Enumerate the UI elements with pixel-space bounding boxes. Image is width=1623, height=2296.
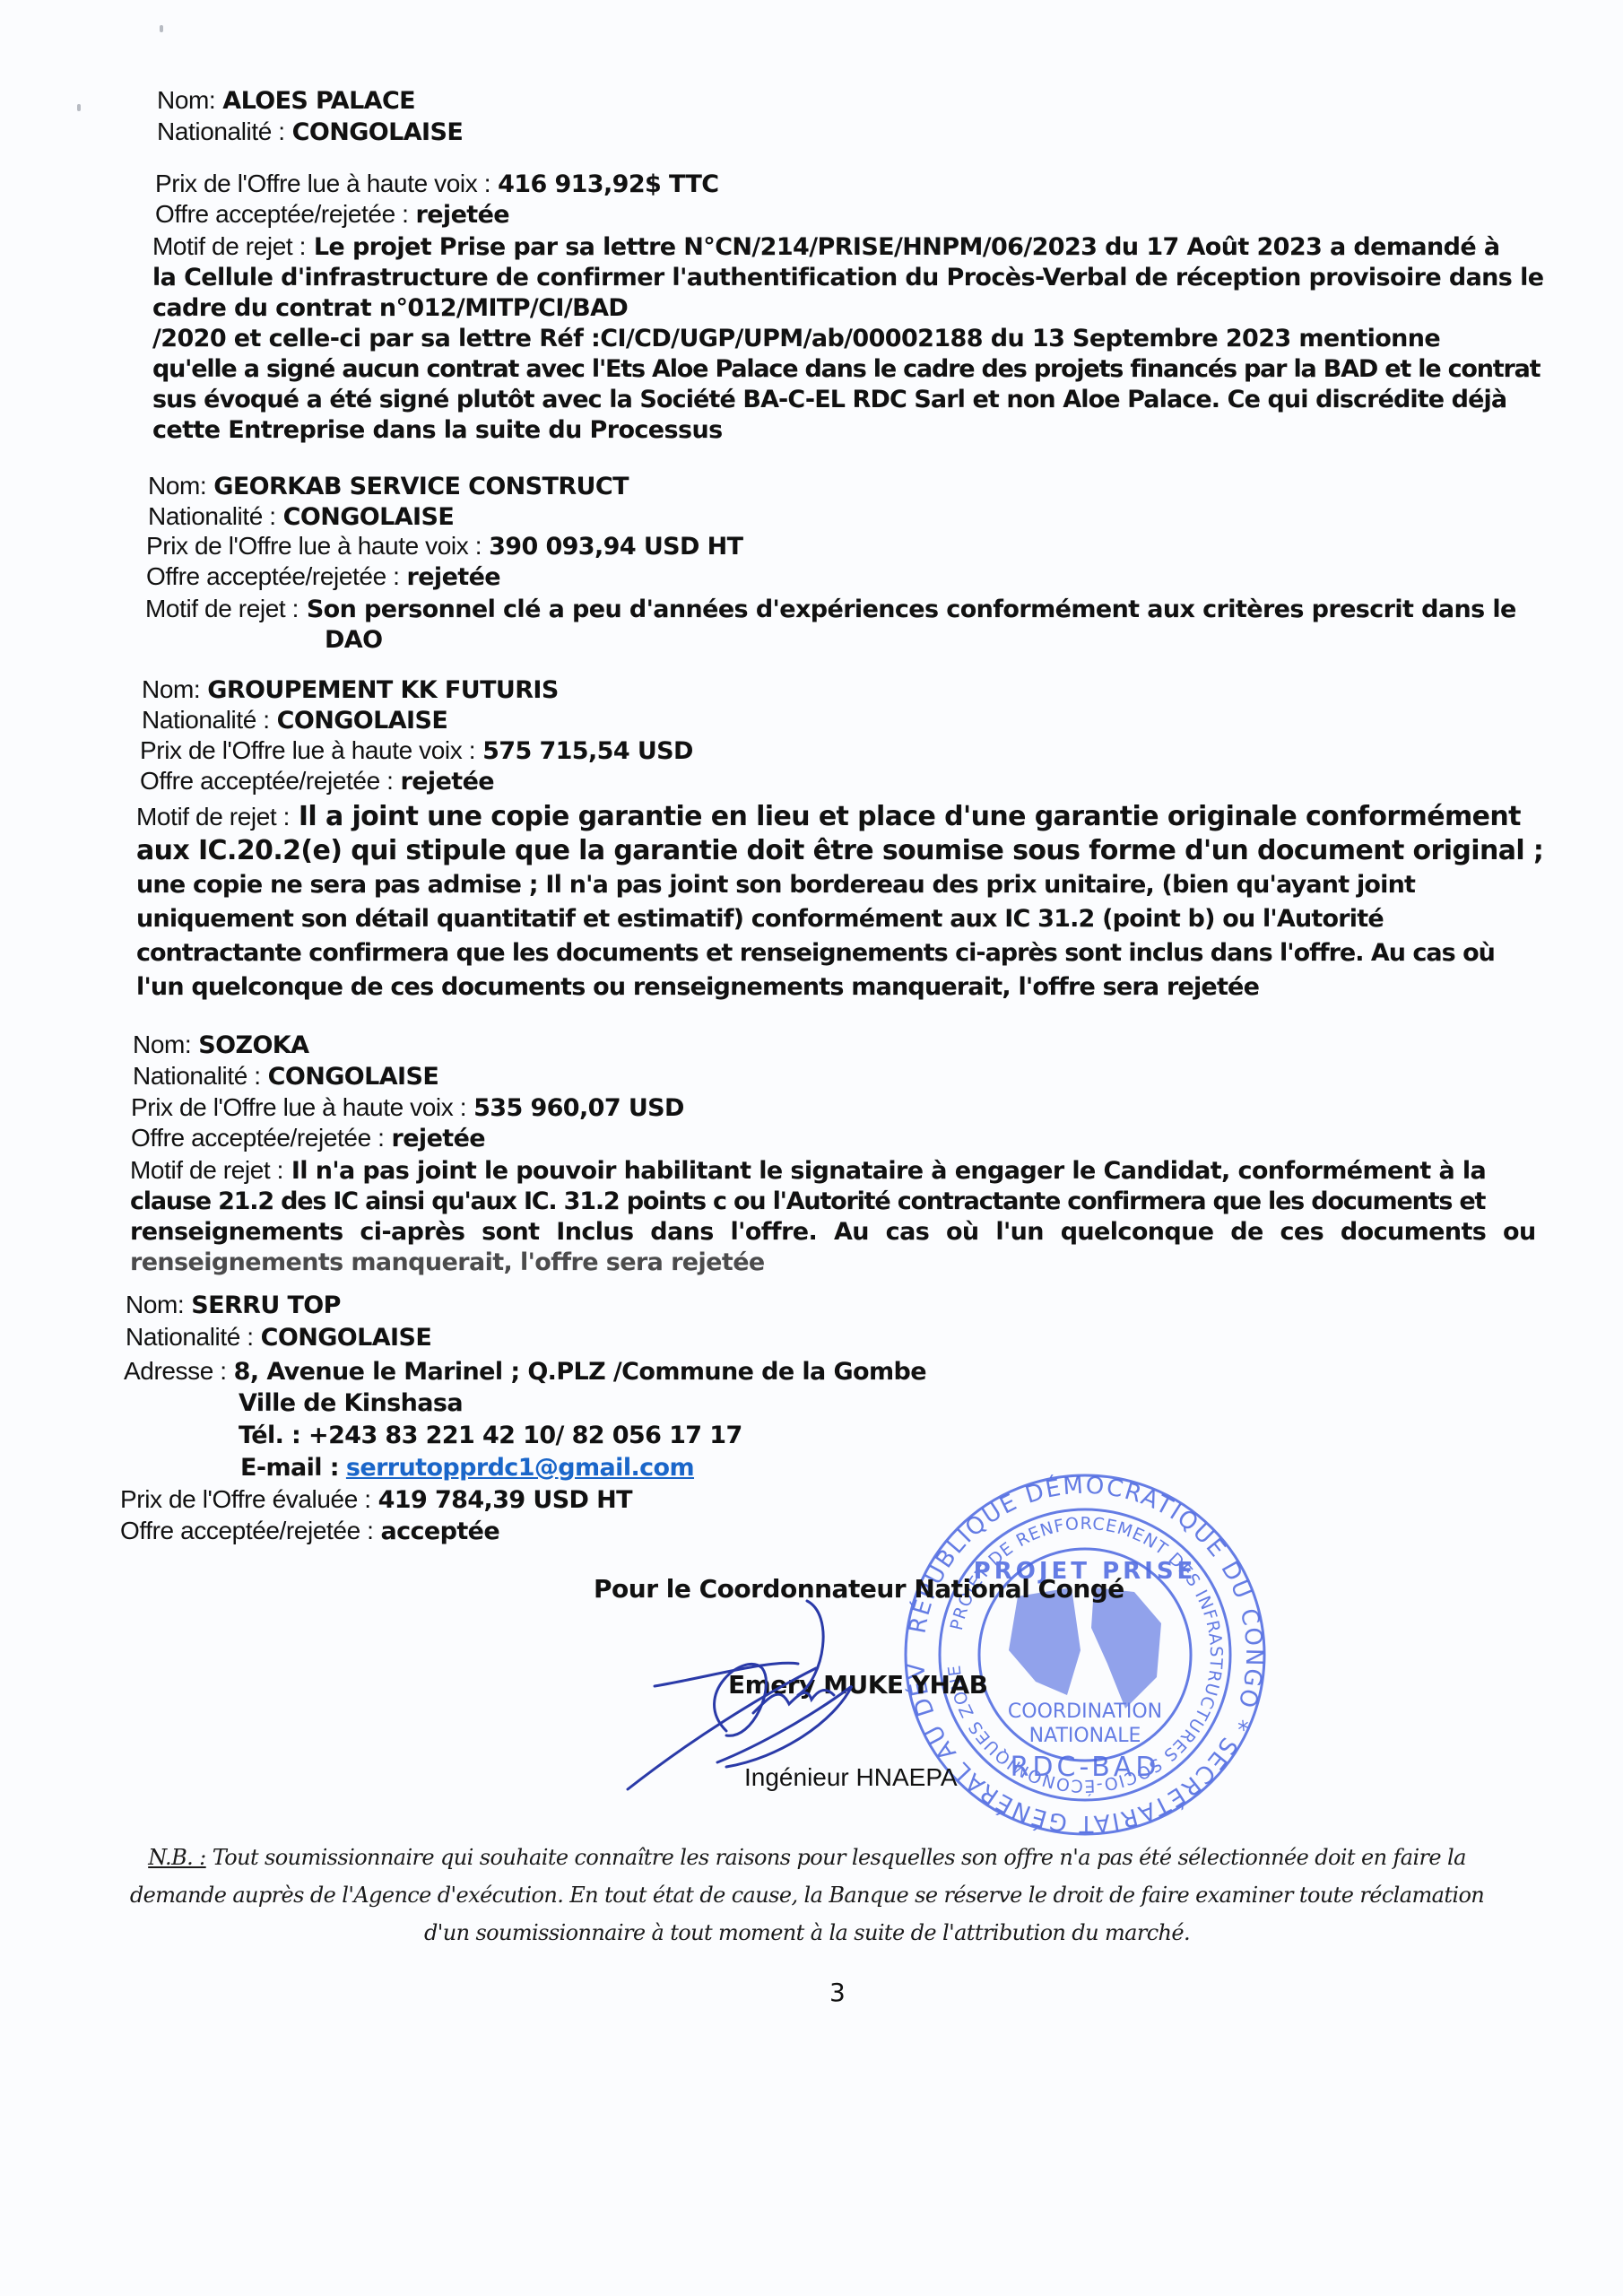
status-badge: rejetée bbox=[415, 201, 509, 229]
bidder-name-row: Nom: SERRU TOP bbox=[126, 1290, 341, 1321]
rejection-reason: Motif de rejet : Le projet Prise par sa … bbox=[152, 231, 1551, 446]
bidder-name-row: Nom: GEORKAB SERVICE CONSTRUCT bbox=[148, 471, 629, 502]
bidder-name: GEORKAB SERVICE CONSTRUCT bbox=[213, 473, 629, 500]
email-row: E-mail : serrutopprdc1@gmail.com bbox=[240, 1453, 694, 1483]
nationality-row: Nationalité : CONGOLAISE bbox=[148, 501, 454, 533]
bid-price: 416 913,92$ TTC bbox=[498, 170, 718, 198]
handwritten-signature-icon bbox=[619, 1561, 906, 1803]
scan-speck bbox=[160, 25, 163, 32]
phone-numbers: Tél. : +243 83 221 42 10/ 82 056 17 17 bbox=[239, 1421, 742, 1451]
bid-price: 535 960,07 USD bbox=[473, 1094, 684, 1122]
status-row: Offre acceptée/rejetée : rejetée bbox=[155, 199, 509, 230]
bidder-name-row: Nom: SOZOKA bbox=[133, 1030, 308, 1061]
bidder-name-row: Nom: ALOES PALACE bbox=[157, 85, 415, 117]
price-row: Prix de l'Offre lue à haute voix : 390 0… bbox=[146, 531, 742, 562]
evaluated-price: 419 784,39 USD HT bbox=[378, 1486, 632, 1514]
price-row: Prix de l'Offre lue à haute voix : 575 7… bbox=[140, 735, 693, 767]
price-row: Prix de l'Offre évaluée : 419 784,39 USD… bbox=[120, 1484, 632, 1516]
price-row: Prix de l'Offre lue à haute voix : 535 9… bbox=[131, 1092, 684, 1124]
bidder-name: SOZOKA bbox=[198, 1031, 308, 1059]
rejection-reason: Motif de rejet : Il a joint une copie ga… bbox=[136, 800, 1553, 1004]
bidder-name: SERRU TOP bbox=[191, 1291, 341, 1319]
bid-price: 390 093,94 USD HT bbox=[489, 533, 742, 561]
status-row: Offre acceptée/rejetée : acceptée bbox=[120, 1516, 499, 1547]
email-link[interactable]: serrutopprdc1@gmail.com bbox=[346, 1454, 694, 1482]
nationality-row: Nationalité : CONGOLAISE bbox=[126, 1322, 431, 1353]
nb-note: N.B. : Tout soumissionnaire qui souhaite… bbox=[126, 1839, 1488, 1952]
status-row: Offre acceptée/rejetée : rejetée bbox=[140, 766, 494, 797]
bid-price: 575 715,54 USD bbox=[482, 737, 693, 765]
scan-speck bbox=[77, 104, 81, 111]
nationality-row: Nationalité : CONGOLAISE bbox=[157, 117, 463, 148]
svg-text:NATIONALE: NATIONALE bbox=[1029, 1725, 1141, 1747]
nationality-row: Nationalité : CONGOLAISE bbox=[142, 705, 447, 736]
status-badge: rejetée bbox=[391, 1125, 485, 1152]
status-badge: rejetée bbox=[400, 768, 494, 796]
status-row: Offre acceptée/rejetée : rejetée bbox=[131, 1123, 485, 1154]
bidder-name: GROUPEMENT KK FUTURIS bbox=[207, 676, 558, 704]
svg-text:RDC-BAD: RDC-BAD bbox=[1011, 1752, 1160, 1783]
document-page: Nom: ALOES PALACE Nationalité : CONGOLAI… bbox=[0, 0, 1623, 2296]
address-city: Ville de Kinshasa bbox=[239, 1388, 463, 1419]
status-badge: rejetée bbox=[406, 563, 500, 591]
page-number: 3 bbox=[829, 1978, 846, 2007]
rejection-reason: Motif de rejet : Il n'a pas joint le pou… bbox=[130, 1155, 1556, 1278]
svg-text:COORDINATION: COORDINATION bbox=[1008, 1700, 1162, 1723]
rejection-reason: Motif de rejet : Son personnel clé a peu… bbox=[145, 594, 1544, 656]
price-row: Prix de l'Offre lue à haute voix : 416 9… bbox=[155, 169, 718, 200]
status-row: Offre acceptée/rejetée : rejetée bbox=[146, 561, 500, 593]
bidder-name-row: Nom: GROUPEMENT KK FUTURIS bbox=[142, 674, 559, 706]
bidder-name: ALOES PALACE bbox=[222, 87, 415, 115]
status-badge: acceptée bbox=[380, 1518, 499, 1545]
address-row: Adresse : 8, Avenue le Marinel ; Q.PLZ /… bbox=[124, 1356, 926, 1387]
nationality-row: Nationalité : CONGOLAISE bbox=[133, 1061, 438, 1092]
